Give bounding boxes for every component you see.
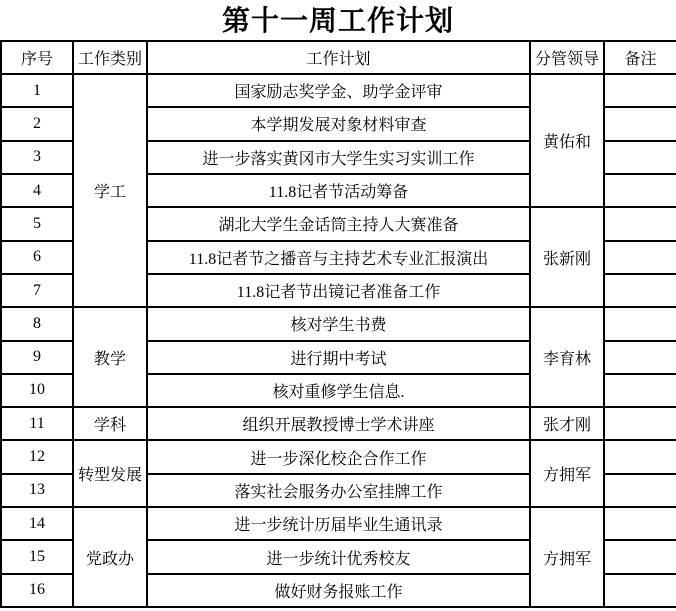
remark-cell [604,374,676,407]
serial-cell: 15 [1,540,73,573]
serial-cell: 10 [1,374,73,407]
remark-cell [604,274,676,307]
leader-cell: 方拥军 [530,440,604,507]
remark-cell [604,474,676,507]
remark-cell [604,440,676,473]
plan-cell: 国家励志奖学金、助学金评审 [147,74,530,107]
category-cell: 教学 [73,307,147,407]
plan-cell: 组织开展教授博士学术讲座 [147,407,530,440]
remark-cell [604,241,676,274]
serial-cell: 13 [1,474,73,507]
remark-cell [604,107,676,140]
plan-cell: 核对重修学生信息. [147,374,530,407]
col-header-serial: 序号 [1,41,73,74]
serial-cell: 5 [1,207,73,240]
serial-cell: 3 [1,141,73,174]
remark-cell [604,341,676,374]
header-row: 序号工作类别工作计划分管领导备注 [1,41,676,74]
category-cell: 学工 [73,74,147,307]
plan-cell: 11.8记者节出镜记者准备工作 [147,274,530,307]
serial-cell: 12 [1,440,73,473]
work-plan-table: 序号工作类别工作计划分管领导备注 1学工国家励志奖学金、助学金评审黄佑和2本学期… [0,40,676,608]
remark-cell [604,507,676,540]
serial-cell: 6 [1,241,73,274]
serial-cell: 4 [1,174,73,207]
serial-cell: 8 [1,307,73,340]
leader-cell: 张才刚 [530,407,604,440]
table-header: 序号工作类别工作计划分管领导备注 [1,41,676,74]
remark-cell [604,307,676,340]
plan-cell: 进行期中考试 [147,341,530,374]
plan-cell: 做好财务报账工作 [147,574,530,607]
leader-cell: 方拥军 [530,507,604,607]
plan-cell: 进一步落实黄冈市大学生实习实训工作 [147,141,530,174]
remark-cell [604,540,676,573]
table-row: 8教学核对学生书费李育林 [1,307,676,340]
plan-cell: 进一步深化校企合作工作 [147,440,530,473]
col-header-plan: 工作计划 [147,41,530,74]
plan-cell: 进一步统计历届毕业生通讯录 [147,507,530,540]
serial-cell: 16 [1,574,73,607]
table-row: 14党政办进一步统计历届毕业生通讯录方拥军 [1,507,676,540]
page-title: 第十一周工作计划 [0,6,676,38]
serial-cell: 9 [1,341,73,374]
plan-cell: 11.8记者节之播音与主持艺术专业汇报演出 [147,241,530,274]
remark-cell [604,141,676,174]
plan-cell: 11.8记者节活动筹备 [147,174,530,207]
plan-cell: 核对学生书费 [147,307,530,340]
category-cell: 学科 [73,407,147,440]
serial-cell: 14 [1,507,73,540]
serial-cell: 1 [1,74,73,107]
col-header-remark: 备注 [604,41,676,74]
table-body: 1学工国家励志奖学金、助学金评审黄佑和2本学期发展对象材料审查3进一步落实黄冈市… [1,74,676,607]
remark-cell [604,574,676,607]
leader-cell: 黄佑和 [530,74,604,207]
plan-cell: 落实社会服务办公室挂牌工作 [147,474,530,507]
plan-cell: 湖北大学生金话筒主持人大赛准备 [147,207,530,240]
category-cell: 转型发展 [73,440,147,507]
plan-cell: 进一步统计优秀校友 [147,540,530,573]
table-row: 12转型发展进一步深化校企合作工作方拥军 [1,440,676,473]
leader-cell: 李育林 [530,307,604,407]
serial-cell: 2 [1,107,73,140]
remark-cell [604,407,676,440]
serial-cell: 7 [1,274,73,307]
category-cell: 党政办 [73,507,147,607]
leader-cell: 张新刚 [530,207,604,307]
remark-cell [604,74,676,107]
remark-cell [604,207,676,240]
table-row: 1学工国家励志奖学金、助学金评审黄佑和 [1,74,676,107]
table-row: 11学科组织开展教授博士学术讲座张才刚 [1,407,676,440]
col-header-category: 工作类别 [73,41,147,74]
serial-cell: 11 [1,407,73,440]
remark-cell [604,174,676,207]
plan-cell: 本学期发展对象材料审查 [147,107,530,140]
col-header-leader: 分管领导 [530,41,604,74]
